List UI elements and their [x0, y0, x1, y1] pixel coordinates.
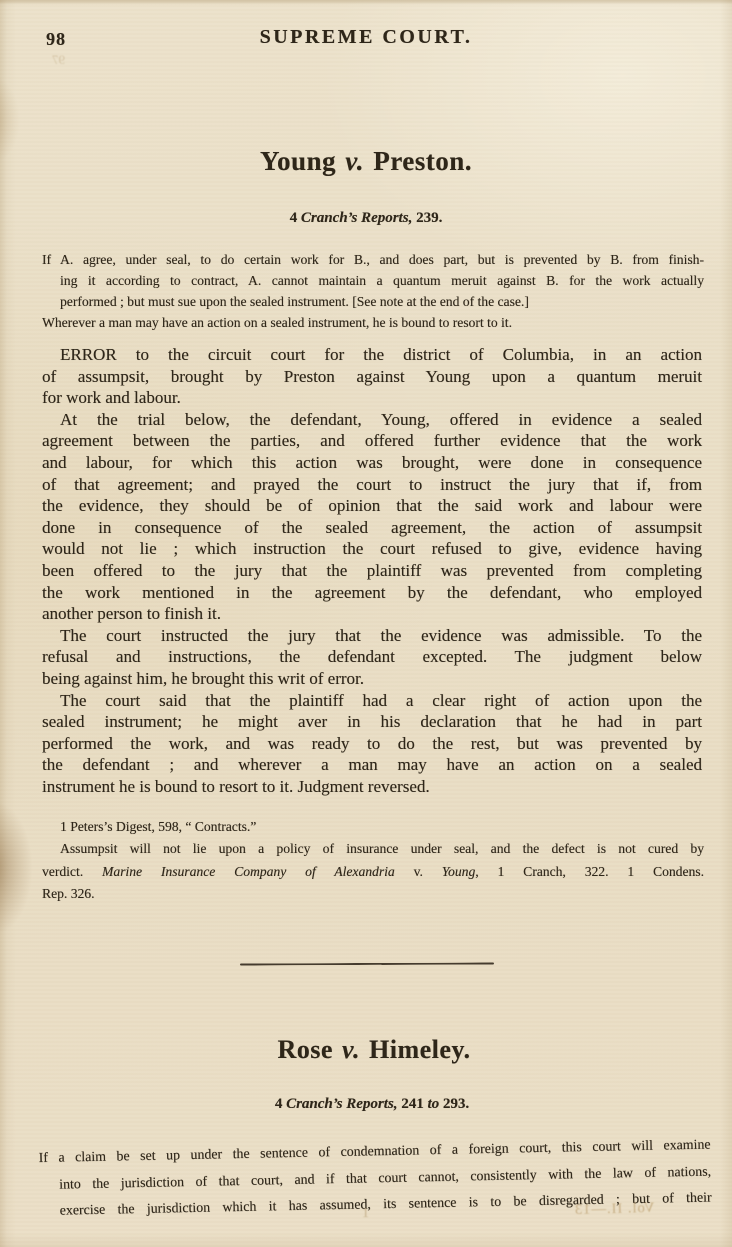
body-line: been offered to the jury that the plaint…	[42, 560, 702, 582]
citation-to: to	[428, 1096, 440, 1112]
body-line: done in consequence of the sealed agreem…	[42, 517, 702, 539]
body-line: the defendant ; and wherever a man may h…	[42, 754, 702, 776]
body-line: of assumpsit, brought by Preston against…	[42, 366, 702, 388]
versus-abbrev: v.	[340, 1035, 362, 1064]
body-line: another person to finish it.	[42, 603, 702, 625]
case-title-party2: Preston.	[373, 146, 472, 176]
headnote-young: If A. agree, under seal, to do certain w…	[42, 249, 704, 333]
citation-reporter: Cranch’s Reports,	[286, 1096, 397, 1112]
case-title-party1: Rose	[278, 1035, 333, 1064]
body-line: The court said that the plaintiff had a …	[42, 690, 702, 712]
footnote-line: verdict. Marine Insurance Company of Ale…	[42, 861, 704, 883]
footnote-case-name: Marine Insurance Company of Alexandria	[102, 864, 395, 879]
body-line: refusal and instructions, the defendant …	[42, 646, 702, 668]
bleed-through-page-number: 97	[52, 52, 65, 68]
body-line: of that agreement; and prayed the court …	[42, 474, 702, 496]
signature-mark: 1	[362, 1206, 369, 1222]
footnote-cite: , 1 Cranch, 322. 1 Condens.	[475, 864, 704, 879]
citation-volume: 4	[290, 210, 298, 226]
body-line: sealed instrument; he might aver in his …	[42, 711, 702, 733]
body-line: agreement between the parties, and offer…	[42, 430, 702, 452]
footnote-line: Rep. 326.	[42, 883, 704, 905]
footnote-case-party: Young	[442, 864, 476, 879]
headnote-line: Wherever a man may have an action on a s…	[42, 312, 704, 333]
footnote-line: 1 Peters’s Digest, 598, “ Contracts.”	[42, 816, 704, 838]
body-line: ERROR to the circuit court for the distr…	[42, 344, 702, 366]
case-citation-young: 4 Cranch’s Reports, 239.	[0, 210, 732, 227]
bleed-through-volume-mark: Vol. II.—13	[573, 1200, 654, 1219]
footnote-versus: v.	[395, 864, 442, 879]
body-line: and labour, for which this action was br…	[42, 452, 702, 474]
body-line: being against him, he brought this writ …	[42, 668, 702, 690]
body-line: would not lie ; which instruction the co…	[42, 538, 702, 560]
versus-abbrev: v.	[343, 146, 366, 176]
footnote-text: verdict.	[42, 864, 102, 879]
footnote-line: Assumpsit will not lie upon a policy of …	[42, 838, 704, 860]
body-line: At the trial below, the defendant, Young…	[42, 409, 702, 431]
headnote-line: If A. agree, under seal, to do certain w…	[42, 249, 704, 270]
opinion-body: ERROR to the circuit court for the distr…	[42, 344, 702, 797]
case-citation-rose: 4 Cranch’s Reports, 241 to 293.	[6, 1096, 732, 1113]
case-title-young-v-preston: Young v. Preston.	[0, 146, 732, 177]
body-line: instrument he is bound to resort to it. …	[42, 776, 702, 798]
section-divider-rule	[240, 962, 494, 965]
body-line: the evidence, they should be of opinion …	[42, 495, 702, 517]
case-title-rose-v-himeley: Rose v. Himeley.	[8, 1035, 732, 1065]
citation-page: 239.	[416, 210, 442, 226]
citation-volume: 4	[275, 1096, 283, 1112]
body-line: the work mentioned in the agreement by t…	[42, 582, 702, 604]
headnote-line: ing it according to contract, A. cannot …	[42, 270, 704, 291]
body-line: performed the work, and was ready to do …	[42, 733, 702, 755]
case-title-party2: Himeley.	[369, 1035, 470, 1064]
body-line: The court instructed the jury that the e…	[42, 625, 702, 647]
citation-page-end: 293.	[443, 1096, 469, 1112]
book-page-scan: 98 SUPREME COURT. 97 Young v. Preston. 4…	[0, 0, 732, 1247]
case-title-party1: Young	[260, 146, 336, 176]
running-head: SUPREME COURT.	[0, 26, 732, 49]
citation-page-start: 241	[401, 1096, 424, 1112]
headnote-line: performed ; but must sue upon the sealed…	[42, 291, 704, 312]
body-line: for work and labour.	[42, 387, 702, 409]
citation-reporter: Cranch’s Reports,	[301, 210, 412, 226]
footnotes-young: 1 Peters’s Digest, 598, “ Contracts.” As…	[42, 816, 704, 906]
